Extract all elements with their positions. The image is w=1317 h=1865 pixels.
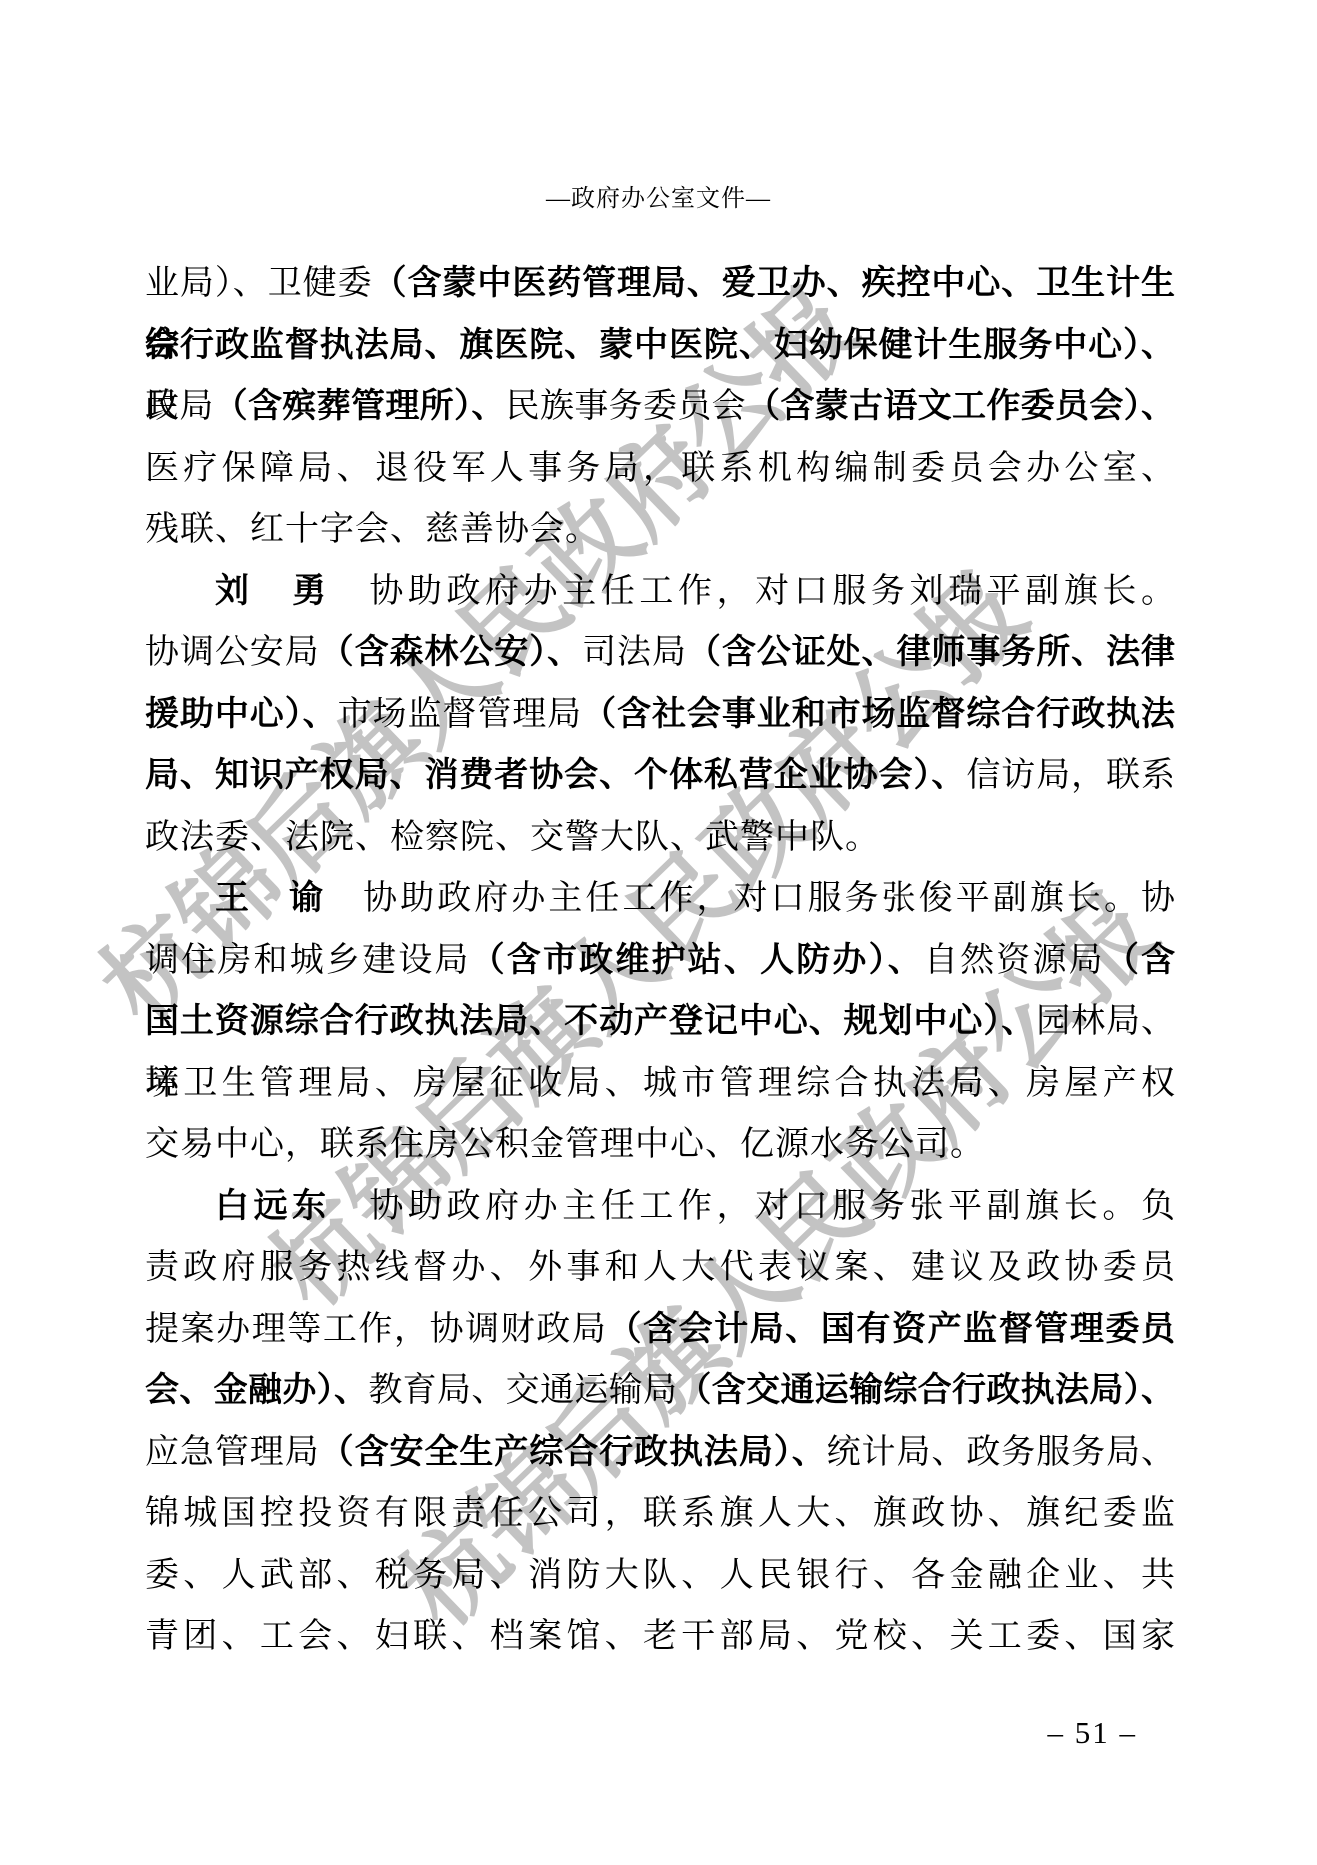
body-segment-bold: 白远东 <box>215 1188 331 1225</box>
body-line: 援助中心）、市场监督管理局（含社会事业和市场监督综合行政执法 <box>145 684 1175 746</box>
body-line: 提案办理等工作，协调财政局（含会计局、国有资产监督管理委员 <box>145 1299 1175 1361</box>
body-segment: 调住房和城乡建设局 <box>145 942 471 979</box>
body-line: 交易中心，联系住房公积金管理中心、亿源水务公司。 <box>145 1114 1175 1176</box>
body-segment: 锦城国控投资有限责任公司，联系旗人大、旗政协、旗纪委监 <box>145 1495 1175 1532</box>
body-segment-bold: （含公证处、律师事务所、法律 <box>687 634 1175 671</box>
body-segment: 统计局、政务服务局、 <box>827 1434 1175 1471</box>
body-segment: 业局）、卫健委 <box>145 265 373 302</box>
body-line: 医疗保障局、退役军人事务局，联系机构编制委员会办公室、 <box>145 438 1175 500</box>
body-segment-bold: （含安全生产综合行政执法局）、 <box>320 1434 827 1471</box>
body-segment-bold: 国土资源综合行政执法局、不动产登记中心、规划中心）、 <box>145 1003 1036 1040</box>
body-segment-bold: 援助中心）、 <box>145 696 338 733</box>
body-segment-bold: 刘 勇 <box>215 573 331 610</box>
body-line: 委、人武部、税务局、消防大队、人民银行、各金融企业、共 <box>145 1545 1175 1607</box>
body-segment-bold: （含殡葬管理所）、 <box>214 388 506 425</box>
body-segment: 协助政府办主任工作，对口服务张平副旗长。负 <box>331 1188 1175 1225</box>
body-segment-bold: 合行政监督执法局、旗医院、蒙中医院、妇幼保健计生服务中心）、 <box>145 327 1175 364</box>
body-line: 局、知识产权局、消费者协会、个体私营企业协会）、信访局，联系 <box>145 745 1175 807</box>
body-line: 协调公安局（含森林公安）、司法局（含公证处、律师事务所、法律 <box>145 622 1175 684</box>
body-segment: 自然资源局 <box>924 942 1105 979</box>
body-segment: 教育局、交通运输局 <box>368 1372 677 1409</box>
body-segment: 司法局 <box>582 634 687 671</box>
body-line: 白远东 协助政府办主任工作，对口服务张平副旗长。负 <box>145 1176 1175 1238</box>
body-segment: 青团、工会、妇联、档案馆、老干部局、党校、关工委、国家 <box>145 1618 1175 1655</box>
body-line: 政法委、法院、检察院、交警大队、武警中队。 <box>145 807 1175 869</box>
body-segment-bold: （含交通运输综合行政执法局）、 <box>677 1372 1175 1409</box>
body-segment: 政局 <box>145 388 214 425</box>
document-page: 杭锦后旗人民政府公报杭锦后旗人民政府公报杭锦后旗人民政府公报 —政府办公室文件—… <box>0 0 1317 1865</box>
body-segment-bold: （含 <box>1105 942 1175 979</box>
body-segment-bold: 王 谕 <box>215 880 326 917</box>
body-segment-bold: 会、金融办）、 <box>145 1372 368 1409</box>
body-line: 合行政监督执法局、旗医院、蒙中医院、妇幼保健计生服务中心）、民 <box>145 315 1175 377</box>
body-line: 国土资源综合行政执法局、不动产登记中心、规划中心）、园林局、环 <box>145 991 1175 1053</box>
body-segment: 协助政府办主任工作，对口服务张俊平副旗长。协 <box>326 880 1175 917</box>
body-line: 残联、红十字会、慈善协会。 <box>145 499 1175 561</box>
body-segment: 市场监督管理局 <box>338 696 583 733</box>
body-segment: 境卫生管理局、房屋征收局、城市管理综合执法局、房屋产权 <box>145 1065 1175 1102</box>
body-segment-bold: （含市政维护站、人防办）、 <box>471 942 924 979</box>
document-header: —政府办公室文件— <box>0 184 1317 214</box>
body-segment-bold: （含会计局、国有资产监督管理委员 <box>607 1311 1175 1348</box>
body-line: 王 谕 协助政府办主任工作，对口服务张俊平副旗长。协 <box>145 868 1175 930</box>
body-segment-bold: （含社会事业和市场监督综合行政执法 <box>582 696 1175 733</box>
body-line: 业局）、卫健委（含蒙中医药管理局、爱卫办、疾控中心、卫生计生综 <box>145 253 1175 315</box>
body-segment: 提案办理等工作，协调财政局 <box>145 1311 607 1348</box>
body-segment: 应急管理局 <box>145 1434 320 1471</box>
body-line: 应急管理局（含安全生产综合行政执法局）、统计局、政务服务局、 <box>145 1422 1175 1484</box>
page-number: – 51 – <box>1048 1716 1138 1750</box>
body-segment: 协调公安局 <box>145 634 320 671</box>
body-segment: 责政府服务热线督办、外事和人大代表议案、建议及政协委员 <box>145 1249 1175 1286</box>
body-line: 青团、工会、妇联、档案馆、老干部局、党校、关工委、国家 <box>145 1606 1175 1668</box>
body-segment: 信访局，联系 <box>966 757 1175 794</box>
body-line: 调住房和城乡建设局（含市政维护站、人防办）、自然资源局（含 <box>145 930 1175 992</box>
body-segment: 协助政府办主任工作，对口服务刘瑞平副旗长。 <box>331 573 1175 610</box>
body-segment: 医疗保障局、退役军人事务局，联系机构编制委员会办公室、 <box>145 450 1175 487</box>
body-line: 会、金融办）、教育局、交通运输局（含交通运输综合行政执法局）、 <box>145 1360 1175 1422</box>
body-line: 责政府服务热线督办、外事和人大代表议案、建议及政协委员 <box>145 1237 1175 1299</box>
body-segment: 民族事务委员会 <box>506 388 746 425</box>
body-segment-bold: 局、知识产权局、消费者协会、个体私营企业协会）、 <box>145 757 966 794</box>
body-segment: 交易中心，联系住房公积金管理中心、亿源水务公司。 <box>145 1126 985 1163</box>
body-segment-bold: （含森林公安）、 <box>320 634 582 671</box>
body-segment-bold: （含蒙古语文工作委员会）、 <box>746 388 1175 425</box>
body-line: 刘 勇 协助政府办主任工作，对口服务刘瑞平副旗长。 <box>145 561 1175 623</box>
body-line: 锦城国控投资有限责任公司，联系旗人大、旗政协、旗纪委监 <box>145 1483 1175 1545</box>
body-line: 境卫生管理局、房屋征收局、城市管理综合执法局、房屋产权 <box>145 1053 1175 1115</box>
document-body: 业局）、卫健委（含蒙中医药管理局、爱卫办、疾控中心、卫生计生综合行政监督执法局、… <box>145 253 1175 1668</box>
body-segment: 残联、红十字会、慈善协会。 <box>145 511 600 548</box>
body-line: 政局（含殡葬管理所）、民族事务委员会（含蒙古语文工作委员会）、 <box>145 376 1175 438</box>
body-segment: 委、人武部、税务局、消防大队、人民银行、各金融企业、共 <box>145 1557 1175 1594</box>
body-segment: 政法委、法院、检察院、交警大队、武警中队。 <box>145 819 880 856</box>
